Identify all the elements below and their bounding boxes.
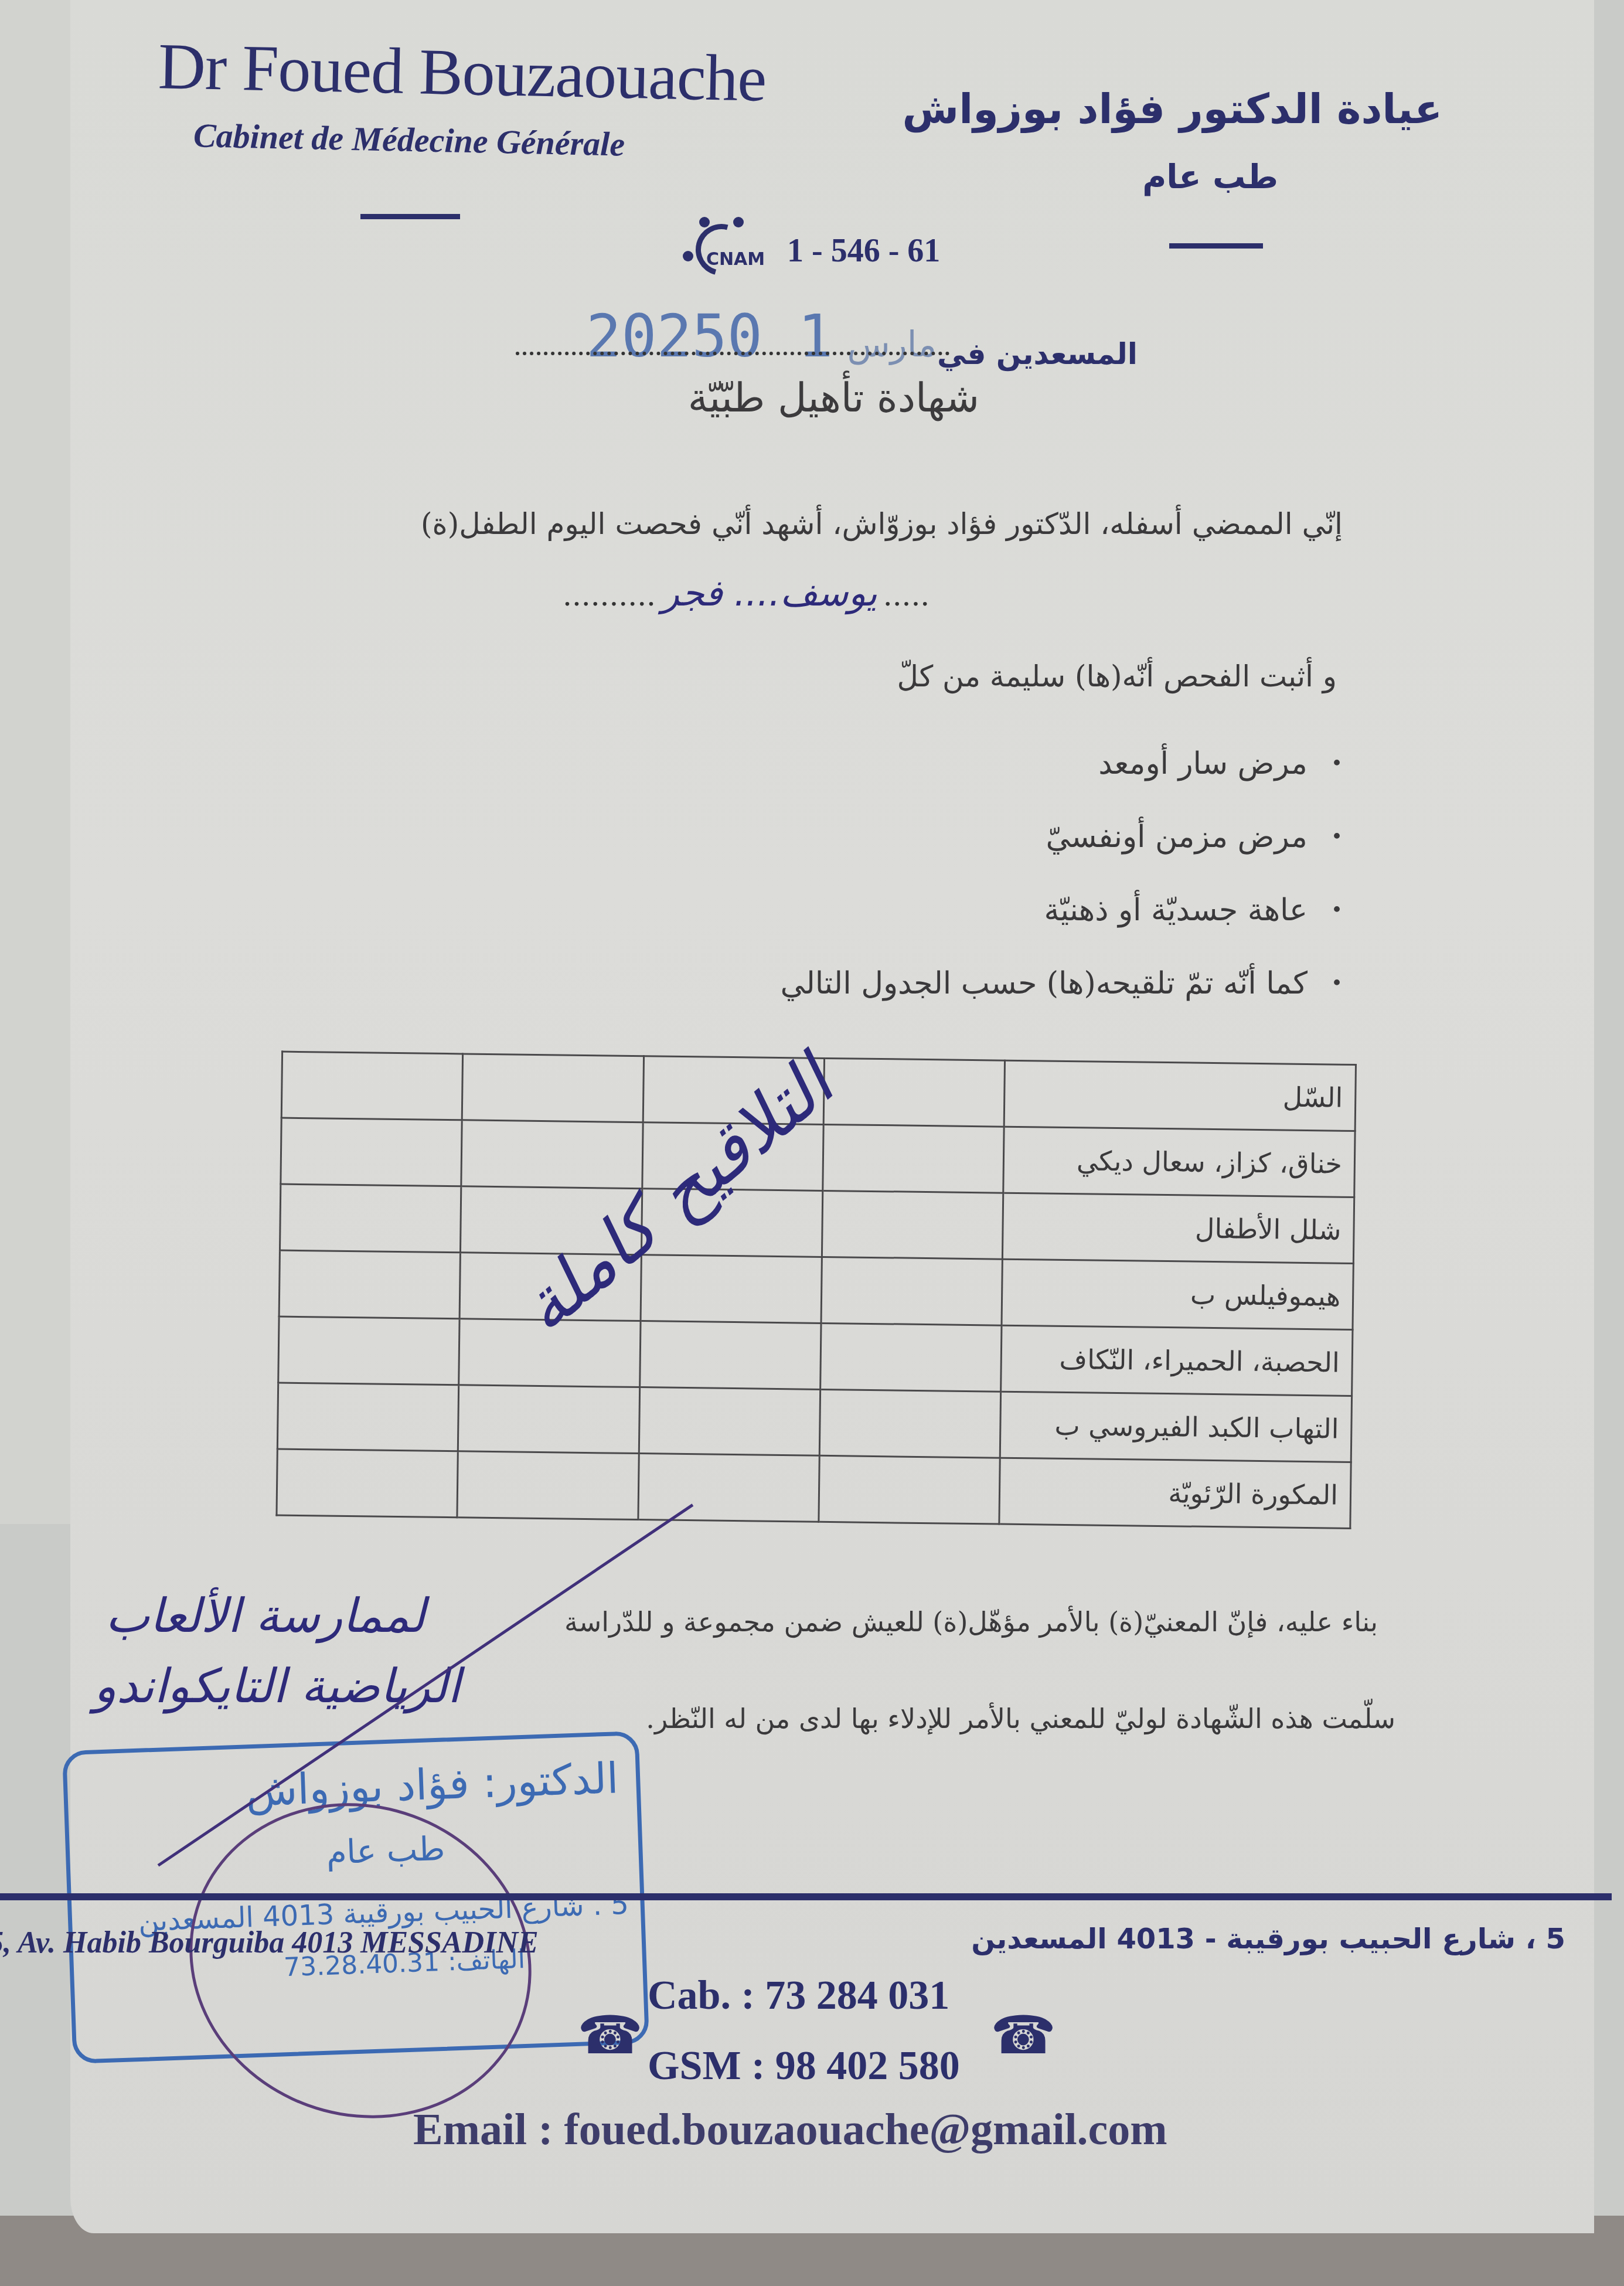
table-row: المكورة الرّئويّة: [277, 1449, 1351, 1528]
date-day: 1 0: [727, 302, 833, 370]
phone-gsm: GSM : 98 402 580: [648, 2043, 960, 2090]
telephone-icon: ☎: [577, 2005, 643, 2066]
phone-cabinet: Cab. : 73 284 031: [648, 1972, 949, 2019]
conclusion-handwritten-2: الرياضية التايكواندو: [94, 1659, 461, 1713]
list-item: •مرض سار أومعد: [781, 727, 1343, 800]
date-year: 2025: [586, 302, 727, 370]
child-name-handwritten: يوسف.... فجر: [662, 571, 877, 614]
email-address: Email : foued.bouzaouache@gmail.com: [413, 2104, 1167, 2155]
table-row: التهاب الكبد الفيروسي ب: [277, 1383, 1351, 1462]
footer-rule: [0, 1893, 1612, 1900]
date-stamp: 2025مارس1 0: [586, 302, 951, 370]
cnam-block: CNAM 1 - 546 - 61: [683, 217, 940, 270]
cnam-number: 1 - 546 - 61: [787, 232, 940, 270]
condition-list: •مرض سار أومعد •مرض مزمن أونفسيّ •عاهة ج…: [781, 727, 1343, 1020]
date-dotted-line: [516, 352, 949, 355]
address-fr: 5, Av. Habib Bourguiba 4013 MESSADINE: [0, 1926, 539, 1960]
intro-text: إنّي الممضي أسفله، الدّكتور فؤاد بوزوّاش…: [421, 507, 1343, 541]
conclusion-line1: بناء عليه، فإنّ المعنيّ(ة) بالأمر مؤهّل(…: [564, 1606, 1378, 1638]
doctor-name-fr: Dr Foued Bouzaouache: [158, 29, 767, 117]
list-item: •مرض مزمن أونفسيّ: [781, 800, 1343, 873]
address-ar: 5 ، شارع الحبيب بورقيبة - 4013 المسعدين: [971, 1923, 1565, 1955]
header-rule-right: [1169, 243, 1263, 249]
exam-result-text: و أثبت الفحص أنّه(ها) سليمة من كلّ: [897, 659, 1337, 693]
paper-fold: [0, 0, 70, 1524]
date-month: مارس: [847, 324, 937, 365]
table-row: الحصبة، الحميراء، النّكاف: [278, 1317, 1353, 1396]
cnam-logo-icon: CNAM: [683, 217, 771, 270]
table-row: شلل الأطفال: [280, 1184, 1354, 1263]
conclusion-handwritten-1: لممارسة الألعاب: [105, 1588, 425, 1643]
child-name-field: .......... يوسف.... فجر .....: [563, 571, 930, 614]
conclusion-line3: سلّمت هذه الشّهادة لوليّ للمعني بالأمر ل…: [646, 1703, 1395, 1734]
specialty-ar: طب عام: [1142, 158, 1278, 196]
table-row: هيموفيلس ب: [279, 1250, 1353, 1329]
list-item: •كما أنّه تمّ تلقيحه(ها) حسب الجدول التا…: [781, 947, 1343, 1020]
clinic-name-ar: عيادة الدكتور فؤاد بوزواش: [903, 85, 1442, 133]
telephone-icon: ☎: [990, 2005, 1056, 2066]
city-label: المسعدين في: [937, 337, 1138, 371]
certificate-title: شهادة تأهيل طبّيّة: [688, 375, 979, 421]
header-rule-left: [360, 214, 460, 219]
list-item: •عاهة جسديّة أو ذهنيّة: [781, 873, 1343, 947]
